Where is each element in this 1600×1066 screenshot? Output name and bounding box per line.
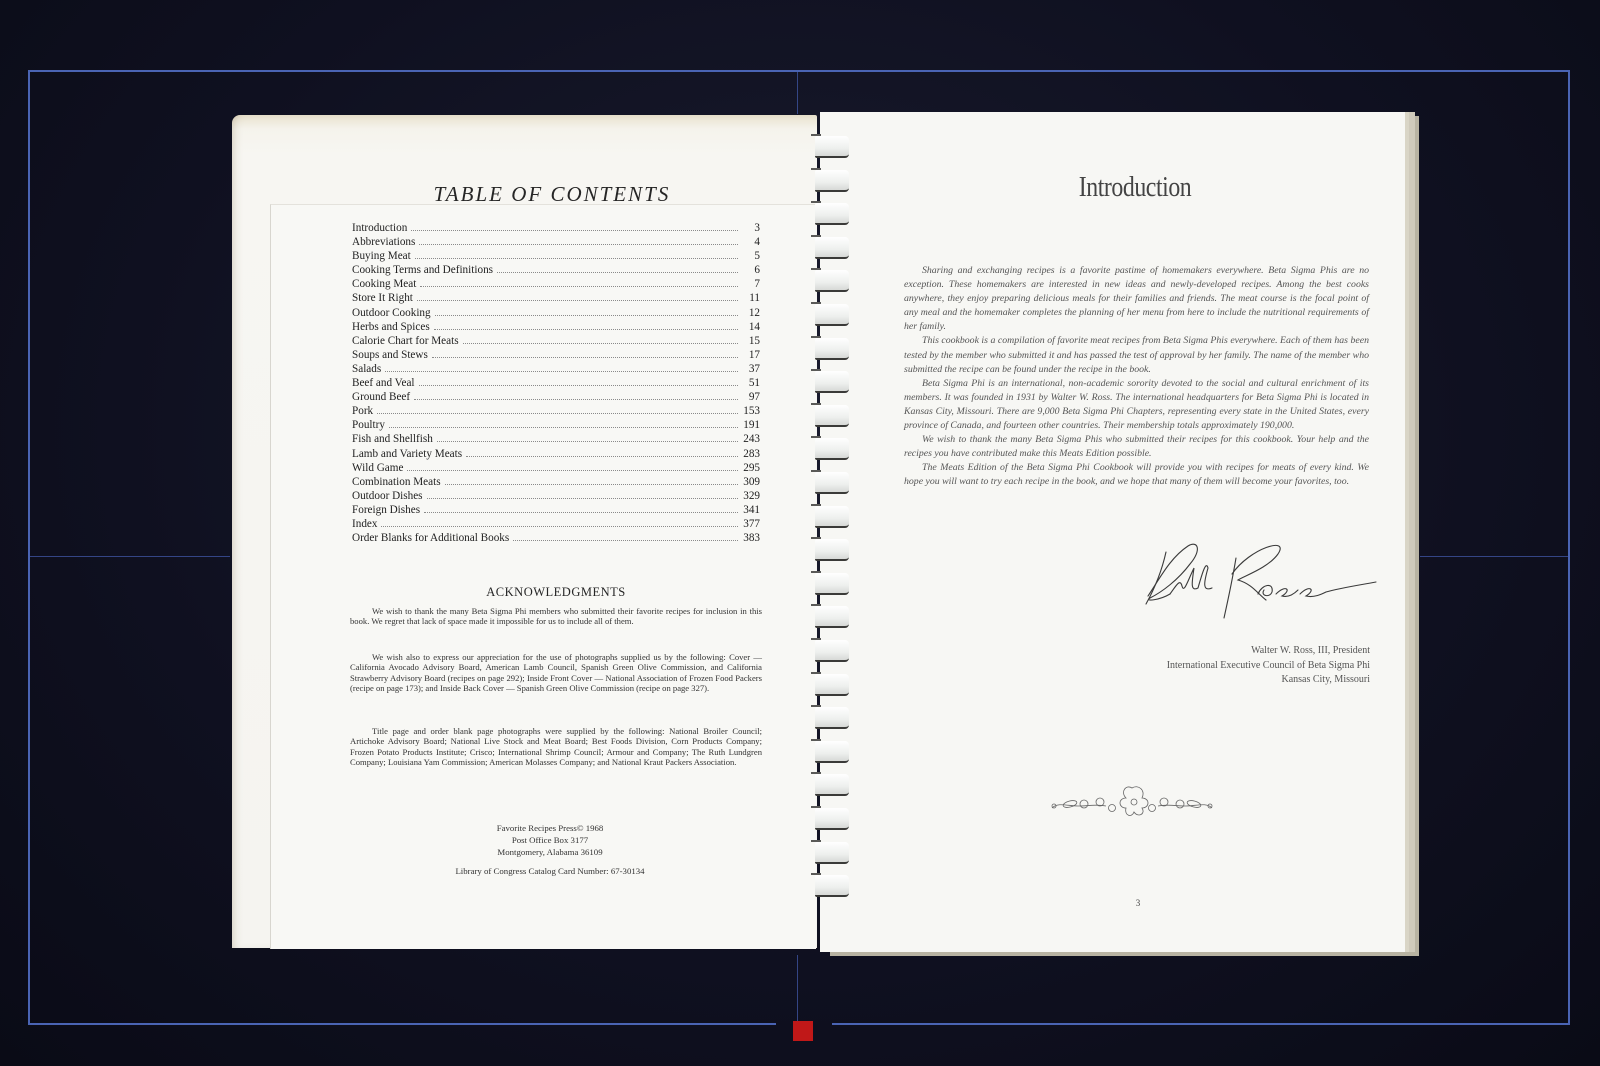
toc-leader-dots <box>411 230 738 231</box>
toc-entry-label: Foreign Dishes <box>352 503 424 517</box>
toc-entry-page: 329 <box>738 489 760 503</box>
toc-entry: Index377 <box>352 517 760 531</box>
toc-entry-page: 15 <box>738 334 760 348</box>
floral-ornament-icon <box>1048 782 1216 822</box>
introduction-body: Sharing and exchanging recipes is a favo… <box>904 264 1369 490</box>
toc-entry-page: 4 <box>738 235 760 249</box>
frame-right <box>1568 70 1570 1025</box>
toc-leader-dots <box>377 413 738 414</box>
toc-entry-label: Outdoor Cooking <box>352 306 435 320</box>
spiral-coil <box>815 472 849 494</box>
toc-title: TABLE OF CONTENTS <box>232 182 872 207</box>
color-target-marker <box>793 1021 813 1041</box>
toc-leader-dots <box>419 385 738 386</box>
toc-entry-page: 6 <box>738 263 760 277</box>
signatory-block: Walter W. Ross, III, President Internati… <box>1060 644 1370 688</box>
signatory-name: Walter W. Ross, III, President <box>1060 644 1370 659</box>
toc-leader-dots <box>466 456 738 457</box>
toc-entry: Calorie Chart for Meats15 <box>352 334 760 348</box>
right-page <box>820 112 1409 952</box>
toc-entry-page: 97 <box>738 390 760 404</box>
toc-leader-dots <box>445 484 738 485</box>
guide-vertical-top <box>797 72 798 114</box>
spiral-coil <box>815 573 849 595</box>
signatory-organization: International Executive Council of Beta … <box>1060 659 1370 674</box>
spiral-coil <box>815 338 849 360</box>
toc-entry-page: 283 <box>738 447 760 461</box>
signatory-location: Kansas City, Missouri <box>1060 673 1370 688</box>
toc-entry: Abbreviations4 <box>352 235 760 249</box>
publisher-city: Montgomery, Alabama 36109 <box>400 846 700 858</box>
toc-leader-dots <box>463 343 738 344</box>
toc-entry-page: 37 <box>738 362 760 376</box>
toc-entry-page: 243 <box>738 432 760 446</box>
toc-leader-dots <box>437 441 738 442</box>
toc-entry-label: Fish and Shellfish <box>352 432 437 446</box>
toc-entry: Introduction3 <box>352 221 760 235</box>
spiral-coil <box>815 606 849 628</box>
toc-leader-dots <box>435 315 738 316</box>
toc-entry-label: Outdoor Dishes <box>352 489 427 503</box>
spiral-coil <box>815 371 849 393</box>
spiral-coil <box>815 808 849 830</box>
toc-entry: Cooking Meat7 <box>352 277 760 291</box>
toc-entry-label: Herbs and Spices <box>352 320 434 334</box>
frame-bottom-left <box>28 1023 776 1025</box>
toc-leader-dots <box>389 427 738 428</box>
toc-entry-label: Index <box>352 517 381 531</box>
spiral-coil <box>815 774 849 796</box>
spiral-coil <box>815 237 849 259</box>
toc-leader-dots <box>420 286 738 287</box>
toc-entry-label: Poultry <box>352 418 389 432</box>
toc-entry: Store It Right11 <box>352 291 760 305</box>
toc-entry: Lamb and Variety Meats283 <box>352 447 760 461</box>
toc-entry-page: 295 <box>738 461 760 475</box>
toc-entry: Poultry191 <box>352 418 760 432</box>
intro-paragraph: This cookbook is a compilation of favori… <box>904 334 1369 376</box>
spiral-coil <box>815 674 849 696</box>
toc-leader-dots <box>497 272 738 273</box>
frame-bottom-right <box>832 1023 1570 1025</box>
toc-entry-label: Wild Game <box>352 461 407 475</box>
page-number: 3 <box>1128 898 1148 908</box>
guide-vertical-bottom <box>797 955 798 1021</box>
toc-entry: Buying Meat5 <box>352 249 760 263</box>
catalog-card-number: Library of Congress Catalog Card Number:… <box>380 866 720 876</box>
toc-entry-label: Salads <box>352 362 385 376</box>
toc-leader-dots <box>419 244 738 245</box>
toc-entry: Wild Game295 <box>352 461 760 475</box>
intro-paragraph: Sharing and exchanging recipes is a favo… <box>904 264 1369 334</box>
toc-entry: Cooking Terms and Definitions6 <box>352 263 760 277</box>
toc-leader-dots <box>414 399 738 400</box>
toc-entry-label: Order Blanks for Additional Books <box>352 531 513 545</box>
toc-entry: Pork153 <box>352 404 760 418</box>
guide-horizontal-left <box>30 556 230 557</box>
toc-entry: Herbs and Spices14 <box>352 320 760 334</box>
toc-entry: Ground Beef97 <box>352 390 760 404</box>
toc-leader-dots <box>432 357 738 358</box>
toc-entry: Outdoor Dishes329 <box>352 489 760 503</box>
toc-leader-dots <box>381 526 738 527</box>
toc-entry: Foreign Dishes341 <box>352 503 760 517</box>
signature-image: Bill Ross <box>1140 538 1380 638</box>
toc-entry-label: Lamb and Variety Meats <box>352 447 466 461</box>
toc-leader-dots <box>417 300 738 301</box>
acknowledgments-paragraph: We wish to thank the many Beta Sigma Phi… <box>350 606 762 627</box>
toc-entry-label: Ground Beef <box>352 390 414 404</box>
acknowledgments-title: ACKNOWLEDGMENTS <box>352 585 760 600</box>
table-of-contents: Introduction3Abbreviations4Buying Meat5C… <box>352 221 760 545</box>
toc-entry: Soups and Stews17 <box>352 348 760 362</box>
toc-entry-page: 153 <box>738 404 760 418</box>
spiral-coil <box>815 741 849 763</box>
spiral-coil <box>815 707 849 729</box>
toc-entry-label: Store It Right <box>352 291 417 305</box>
toc-entry: Fish and Shellfish243 <box>352 432 760 446</box>
toc-leader-dots <box>385 371 738 372</box>
toc-entry-label: Cooking Meat <box>352 277 420 291</box>
toc-entry-page: 191 <box>738 418 760 432</box>
acknowledgments-paragraph: We wish also to express our appreciation… <box>350 652 762 693</box>
toc-entry-page: 7 <box>738 277 760 291</box>
introduction-title: Introduction <box>1037 172 1233 204</box>
toc-entry-page: 17 <box>738 348 760 362</box>
toc-entry: Order Blanks for Additional Books383 <box>352 531 760 545</box>
frame-top <box>28 70 1570 72</box>
toc-entry-page: 383 <box>738 531 760 545</box>
publisher-name: Favorite Recipes Press© 1968 <box>400 822 700 834</box>
toc-entry: Beef and Veal51 <box>352 376 760 390</box>
toc-entry-label: Abbreviations <box>352 235 419 249</box>
toc-entry-label: Combination Meats <box>352 475 445 489</box>
toc-entry: Combination Meats309 <box>352 475 760 489</box>
intro-paragraph: The Meats Edition of the Beta Sigma Phi … <box>904 461 1369 489</box>
toc-entry-page: 3 <box>738 221 760 235</box>
spiral-coil <box>815 539 849 561</box>
toc-entry-page: 12 <box>738 306 760 320</box>
spiral-coil <box>815 438 849 460</box>
spiral-coil <box>815 405 849 427</box>
toc-entry-page: 51 <box>738 376 760 390</box>
toc-leader-dots <box>415 258 738 259</box>
toc-entry-label: Introduction <box>352 221 411 235</box>
intro-paragraph: Beta Sigma Phi is an international, non-… <box>904 377 1369 433</box>
toc-entry-label: Beef and Veal <box>352 376 419 390</box>
toc-entry-label: Soups and Stews <box>352 348 432 362</box>
toc-entry-page: 309 <box>738 475 760 489</box>
frame-left <box>28 70 30 1025</box>
spiral-coil <box>815 136 849 158</box>
toc-entry-label: Buying Meat <box>352 249 415 263</box>
toc-leader-dots <box>434 329 738 330</box>
acknowledgments-paragraph: Title page and order blank page photogra… <box>350 726 762 767</box>
toc-entry-page: 377 <box>738 517 760 531</box>
toc-entry-page: 5 <box>738 249 760 263</box>
toc-entry-label: Cooking Terms and Definitions <box>352 263 497 277</box>
spiral-coil <box>815 640 849 662</box>
toc-leader-dots <box>513 540 738 541</box>
toc-entry-label: Pork <box>352 404 377 418</box>
spiral-coil <box>815 506 849 528</box>
spiral-coil <box>815 842 849 864</box>
toc-leader-dots <box>427 498 738 499</box>
toc-entry-page: 14 <box>738 320 760 334</box>
spiral-coil <box>815 304 849 326</box>
spiral-coil <box>815 875 849 897</box>
guide-horizontal-right <box>1420 556 1568 557</box>
spiral-coil <box>815 270 849 292</box>
toc-entry-page: 341 <box>738 503 760 517</box>
publisher-address: Post Office Box 3177 <box>400 834 700 846</box>
toc-leader-dots <box>424 512 738 513</box>
toc-entry: Outdoor Cooking12 <box>352 306 760 320</box>
toc-entry-label: Calorie Chart for Meats <box>352 334 463 348</box>
toc-entry: Salads37 <box>352 362 760 376</box>
toc-entry-page: 11 <box>738 291 760 305</box>
toc-leader-dots <box>407 470 738 471</box>
intro-paragraph: We wish to thank the many Beta Sigma Phi… <box>904 433 1369 461</box>
